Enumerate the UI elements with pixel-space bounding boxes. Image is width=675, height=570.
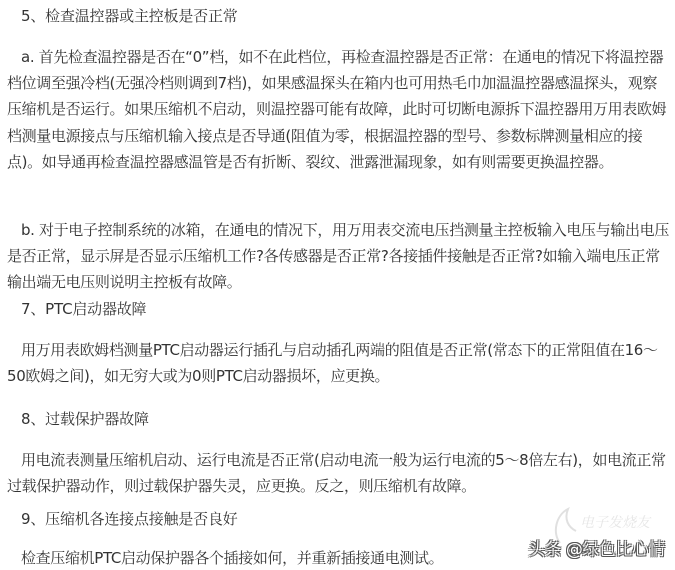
section-heading-8: 8、过载保护器故障 [21, 409, 149, 429]
paragraph-5a: a. 首先检查温控器是否在“0”档，如不在此档位，再检查温控器是否正常：在通电的… [7, 44, 669, 175]
section-heading-5: 5、检查温控器或主控板是否正常 [21, 6, 238, 26]
paragraph-5b: b. 对于电子控制系统的冰箱，在通电的情况下，用万用表交流电压挡测量主控板输入电… [7, 217, 669, 296]
paragraph-8: 用电流表测量压缩机启动、运行电流是否正常(启动电流一般为运行电流的5～8倍左右)… [7, 447, 669, 499]
svg-text:电子发烧友: 电子发烧友 [580, 515, 652, 531]
paragraph-7: 用万用表欧姆档测量PTC启动器运行插孔与启动插孔两端的阻值是否正常(常态下的正常… [7, 337, 669, 389]
section-heading-9: 9、压缩机各连接点接触是否良好 [21, 509, 238, 529]
section-heading-7: 7、PTC启动器故障 [21, 299, 146, 319]
watermark: 头条 @绿色比心情 [528, 535, 665, 560]
